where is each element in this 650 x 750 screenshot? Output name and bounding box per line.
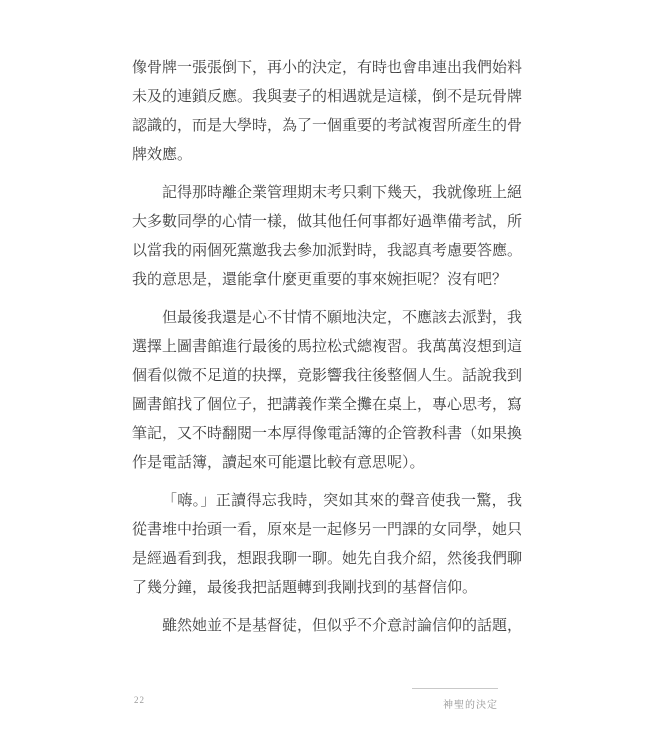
running-title: 神聖的決定 bbox=[443, 696, 498, 711]
paragraph-3: 但最後我還是心不甘情不願地決定，不應該去派對，我選擇上圖書館進行最後的馬拉松式總… bbox=[132, 304, 522, 478]
paragraph-4: 「嗨。」正讀得忘我時，突如其來的聲音使我一驚，我從書堆中抬頭一看，原來是一起修另… bbox=[132, 487, 522, 603]
footer-divider bbox=[412, 688, 498, 689]
paragraph-1: 像骨牌一張張倒下，再小的決定，有時也會串連出我們始料未及的連鎖反應。我與妻子的相… bbox=[132, 54, 522, 170]
page-number: 22 bbox=[134, 695, 145, 705]
book-page: 像骨牌一張張倒下，再小的決定，有時也會串連出我們始料未及的連鎖反應。我與妻子的相… bbox=[0, 0, 650, 750]
paragraph-2: 記得那時離企業管理期末考只剩下幾天，我就像班上絕大多數同學的心情一樣，做其他任何… bbox=[132, 179, 522, 295]
body-text-block: 像骨牌一張張倒下，再小的決定，有時也會串連出我們始料未及的連鎖反應。我與妻子的相… bbox=[132, 54, 522, 650]
paragraph-5: 雖然她並不是基督徒，但似乎不介意討論信仰的話題， bbox=[132, 612, 522, 641]
